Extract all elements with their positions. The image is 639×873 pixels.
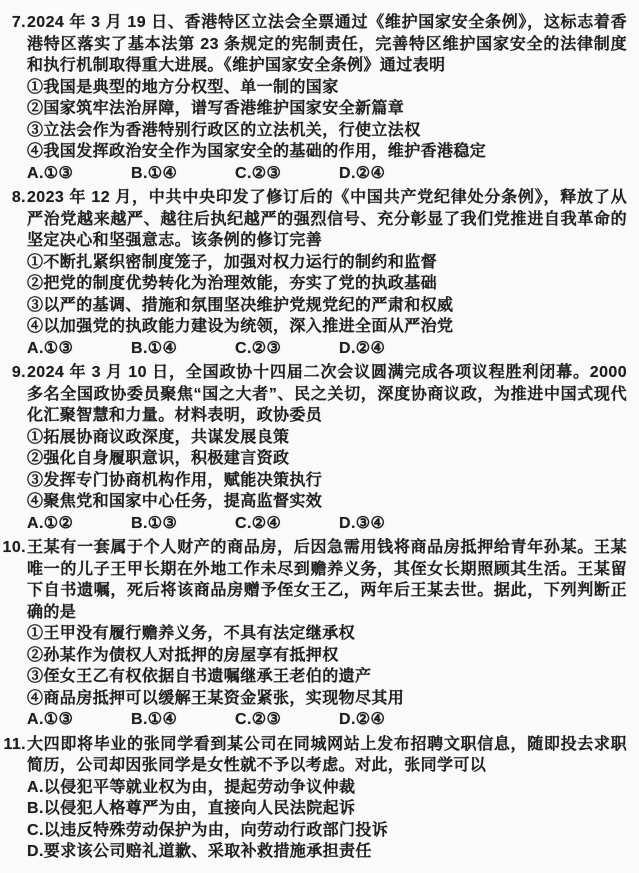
statement-1: ①我国是典型的地方分权型、单一制的国家 <box>27 77 627 99</box>
exam-paper-page: 7. 2024 年 3 月 19 日、香港特区立法会全票通过《维护国家安全条例》… <box>0 0 639 873</box>
option-b: B.①④ <box>131 163 235 185</box>
question-number: 10. <box>0 537 26 559</box>
answer-options-stacked: A.以侵犯平等就业权为由，提起劳动争议仲裁 B.以侵犯人格尊严为由，直接向人民法… <box>27 777 627 863</box>
statement-3: ③以严的基调、措施和氛围坚决维护党规党纪的严肃和权威 <box>27 295 627 317</box>
question-7: 7. 2024 年 3 月 19 日、香港特区立法会全票通过《维护国家安全条例》… <box>0 12 627 184</box>
question-stem: 2024 年 3 月 19 日、香港特区立法会全票通过《维护国家安全条例》，这标… <box>27 12 627 77</box>
option-a: A.①③ <box>27 338 131 360</box>
question-stem: 2024 年 3 月 10 日，全国政协十四届二次会议圆满完成各项议程胜利闭幕。… <box>27 362 627 427</box>
option-d: D.③④ <box>339 513 385 535</box>
option-c: C.以违反特殊劳动保护为由，向劳动行政部门投诉 <box>27 820 627 842</box>
question-9: 9. 2024 年 3 月 10 日，全国政协十四届二次会议圆满完成各项议程胜利… <box>0 362 627 534</box>
option-b: B.①③ <box>131 513 235 535</box>
option-b: B.①④ <box>131 338 235 360</box>
statement-3: ③发挥专门协商机构作用，赋能决策执行 <box>27 470 627 492</box>
statement-4: ④以加强党的执政能力建设为统领，深入推进全面从严治党 <box>27 316 627 338</box>
option-b: B.以侵犯人格尊严为由，直接向人民法院起诉 <box>27 798 627 820</box>
statement-4: ④商品房抵押可以缓解王某资金紧张，实现物尽其用 <box>27 688 627 710</box>
question-stem: 大四即将毕业的张同学看到某公司在同城网站上发布招聘文职信息，随即投去求职简历，公… <box>27 734 627 777</box>
answer-options-row: A.①③ B.①④ C.②③ D.②④ <box>27 338 627 360</box>
option-c: C.②③ <box>235 709 339 731</box>
statement-3: ③侄女王乙有权依据自书遗嘱继承王老伯的遗产 <box>27 666 627 688</box>
question-10: 10. 王某有一套属于个人财产的商品房，后因急需用钱将商品房抵押给青年孙某。王某… <box>0 537 627 731</box>
statement-1: ①王甲没有履行赡养义务，不具有法定继承权 <box>27 623 627 645</box>
statement-2: ②强化自身履职意识，积极建言资政 <box>27 448 627 470</box>
answer-options-row: A.①② B.①③ C.②④ D.③④ <box>27 513 627 535</box>
option-b: B.①④ <box>131 709 235 731</box>
question-stem: 王某有一套属于个人财产的商品房，后因急需用钱将商品房抵押给青年孙某。王某唯一的儿… <box>27 537 627 623</box>
option-d: D.要求该公司赔礼道歉、采取补救措施承担责任 <box>27 841 627 863</box>
option-d: D.②④ <box>339 709 385 731</box>
option-d: D.②④ <box>339 163 385 185</box>
answer-options-row: A.①③ B.①④ C.②③ D.②④ <box>27 163 627 185</box>
statement-4: ④我国发挥政治安全作为国家安全的基础的作用，维护香港稳定 <box>27 141 627 163</box>
statement-1: ①拓展协商议政深度，共谋发展良策 <box>27 427 627 449</box>
option-d: D.②④ <box>339 338 385 360</box>
question-number: 7. <box>0 12 26 34</box>
answer-options-row: A.①③ B.①④ C.②③ D.②④ <box>27 709 627 731</box>
option-c: C.②④ <box>235 513 339 535</box>
statement-4: ④聚焦党和国家中心任务，提高监督实效 <box>27 491 627 513</box>
question-11: 11. 大四即将毕业的张同学看到某公司在同城网站上发布招聘文职信息，随即投去求职… <box>0 734 627 863</box>
statement-2: ②孙某作为债权人对抵押的房屋享有抵押权 <box>27 645 627 667</box>
statement-2: ②把党的制度优势转化为治理效能，夯实了党的执政基础 <box>27 273 627 295</box>
option-a: A.以侵犯平等就业权为由，提起劳动争议仲裁 <box>27 777 627 799</box>
question-8: 8. 2023 年 12 月，中共中央印发了修订后的《中国共产党纪律处分条例》，… <box>0 187 627 359</box>
option-a: A.①③ <box>27 709 131 731</box>
question-number: 11. <box>0 734 26 756</box>
statement-3: ③立法会作为香港特别行政区的立法机关，行使立法权 <box>27 120 627 142</box>
option-a: A.①③ <box>27 163 131 185</box>
question-number: 9. <box>0 362 26 384</box>
option-c: C.②③ <box>235 338 339 360</box>
question-number: 8. <box>0 187 26 209</box>
statement-2: ②国家筑牢法治屏障，谱写香港维护国家安全新篇章 <box>27 98 627 120</box>
question-stem: 2023 年 12 月，中共中央印发了修订后的《中国共产党纪律处分条例》，释放了… <box>27 187 627 252</box>
option-a: A.①② <box>27 513 131 535</box>
option-c: C.②③ <box>235 163 339 185</box>
statement-1: ①不断扎紧织密制度笼子，加强对权力运行的制约和监督 <box>27 252 627 274</box>
